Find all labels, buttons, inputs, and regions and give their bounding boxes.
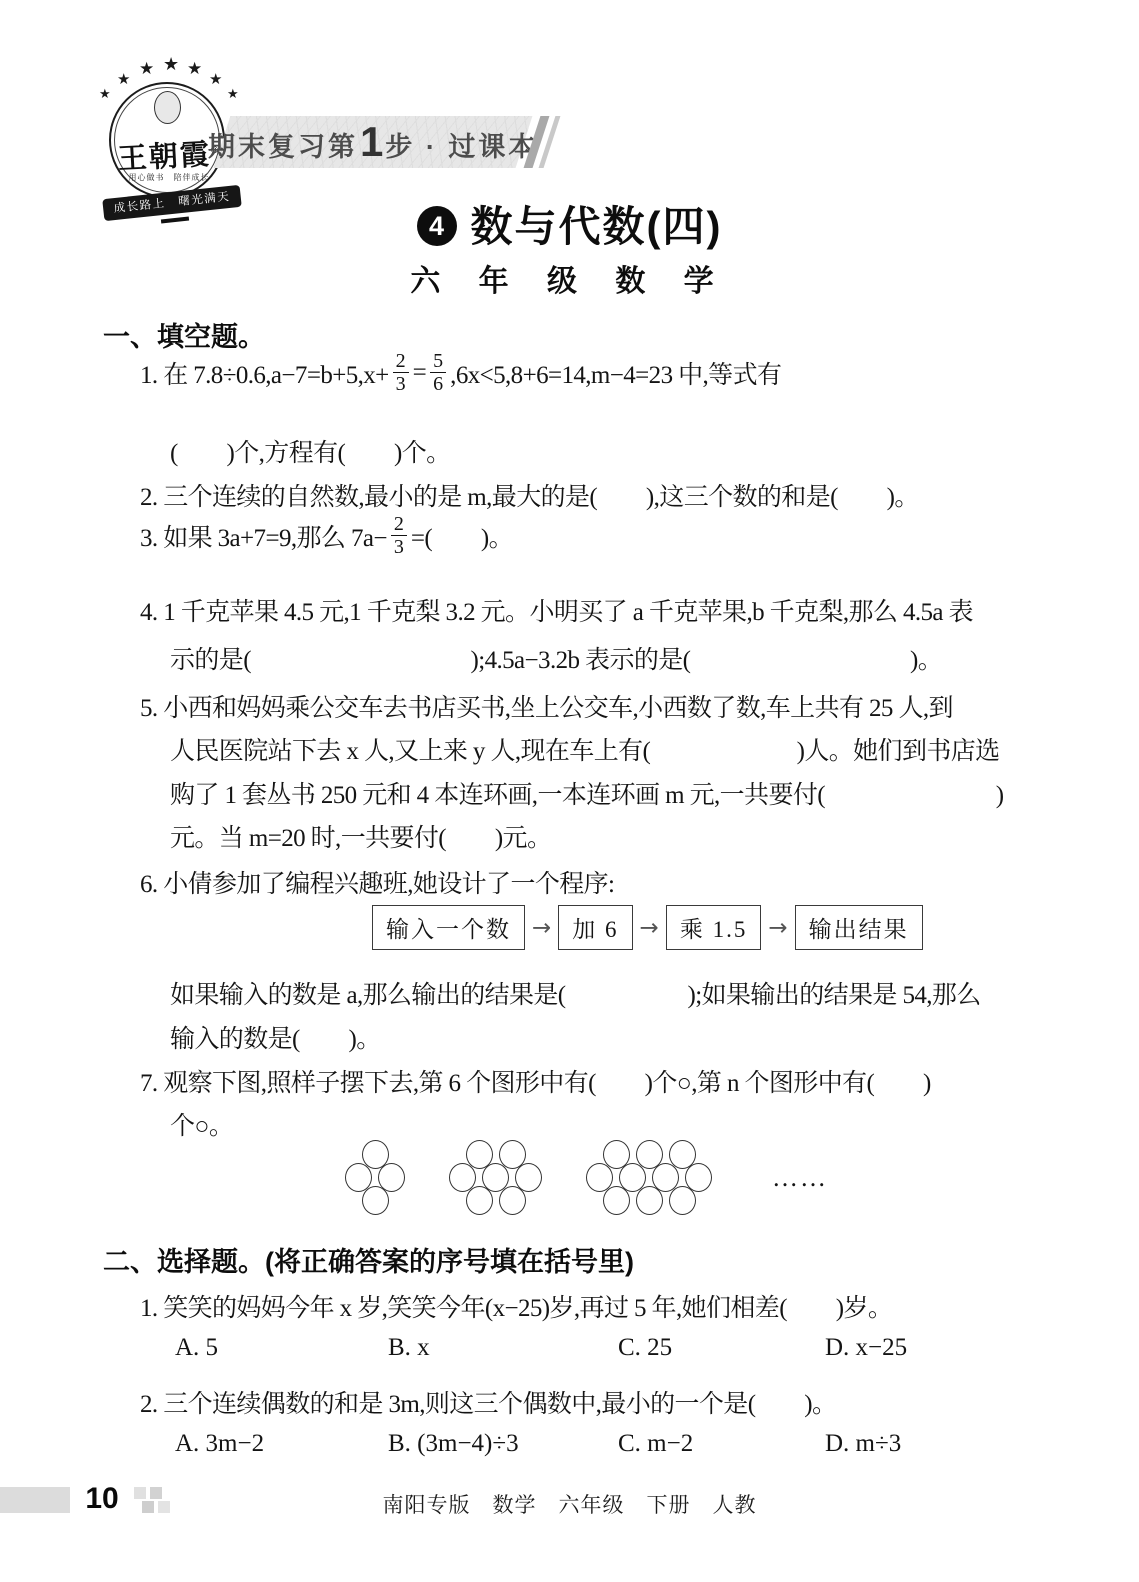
s2-q2-option-b: B. (3m−4)÷3 — [388, 1430, 519, 1458]
circle-glyph — [466, 1186, 493, 1215]
circle-pattern-figure: …… — [345, 1140, 828, 1215]
page-subtitle: 六 年 级 数 学 — [0, 256, 1139, 300]
footer-imprint: 南阳专版 数学 六年级 下册 人教 — [0, 1489, 1139, 1519]
s2-q2-line: 2. 三个连续偶数的和是 3m,则这三个偶数中,最小的一个是( )。 — [140, 1384, 836, 1420]
s2-q1-line: 1. 笑笑的妈妈今年 x 岁,笑笑今年(x−25)岁,再过 5 年,她们相差( … — [140, 1288, 892, 1324]
pattern-ellipsis: …… — [772, 1163, 828, 1193]
circle-glyph — [636, 1186, 663, 1215]
brand-name: 王朝霞® — [116, 131, 222, 177]
pattern-figure-1 — [345, 1140, 405, 1215]
q1-line1: 1. 在 7.8÷0.6,a−7=b+5,x+ 23 = 56 ,6x<5,8+… — [140, 350, 781, 395]
header-banner: 期末复习第1步 · 过课本 — [214, 116, 533, 168]
arrow-right-icon: → — [768, 915, 787, 941]
section2-heading: 二、选择题。(将正确答案的序号填在括号里) — [103, 1240, 634, 1279]
arrow-right-icon: → — [640, 915, 659, 941]
circle-row — [466, 1186, 526, 1215]
s2-q1-option-b: B. x — [388, 1334, 430, 1362]
flow-box-multiply: 乘 1.5 — [666, 905, 762, 950]
pattern-figure-2 — [449, 1140, 542, 1215]
s2-q2-option-a: A. 3m−2 — [175, 1430, 264, 1458]
q7-line2: 个○。 — [170, 1106, 233, 1142]
q6-line3: 输入的数是( )。 — [170, 1019, 381, 1055]
q4-line2: 示的是( );4.5a−3.2b 表示的是( )。 — [170, 640, 942, 676]
star-icon: ★ — [209, 72, 222, 87]
q5-line4: 元。当 m=20 时,一共要付( )元。 — [170, 818, 551, 854]
fraction: 23 — [393, 350, 409, 395]
q5-line1: 5. 小西和妈妈乘公交车去书店买书,坐上公交车,小西数了数,车上共有 25 人,… — [140, 688, 953, 724]
program-flowchart: 输入一个数 → 加 6 → 乘 1.5 → 输出结果 — [372, 905, 923, 950]
s2-q2-option-d: D. m÷3 — [825, 1430, 901, 1458]
circle-row — [603, 1186, 696, 1215]
q4-line1: 4. 1 千克苹果 4.5 元,1 千克梨 3.2 元。小明买了 a 千克苹果,… — [140, 592, 973, 628]
q2-line: 2. 三个连续的自然数,最小的是 m,最大的是( ),这三个数的和是( )。 — [140, 477, 919, 513]
circle-glyph — [603, 1186, 630, 1215]
portrait-icon — [154, 91, 181, 124]
star-icon: ★ — [99, 88, 111, 101]
s2-q1-option-a: A. 5 — [175, 1334, 218, 1362]
flow-box-input: 输入一个数 — [372, 905, 525, 950]
section1-heading: 一、填空题。 — [103, 315, 265, 354]
circle-glyph — [362, 1186, 389, 1215]
pattern-figure-3 — [586, 1140, 712, 1215]
flow-box-output: 输出结果 — [795, 905, 923, 950]
star-icon: ★ — [117, 72, 130, 87]
star-icon: ★ — [163, 56, 179, 74]
page-title: 4数与代数(四) — [0, 194, 1139, 254]
logo-tagline: 用心做书 陪伴成长 — [121, 172, 217, 183]
star-icon: ★ — [139, 61, 154, 78]
q5-line3: 购了 1 套丛书 250 元和 4 本连环画,一本连环画 m 元,一共要付( ) — [170, 775, 1004, 811]
worksheet-page: ★ ★ ★ ★ ★ ★ ★ 王朝霞® 用心做书 陪伴成长 成长路上 曙光满天 期… — [0, 0, 1139, 1582]
circle-row — [362, 1186, 389, 1215]
s2-q1-option-d: D. x−25 — [825, 1334, 907, 1362]
banner-text: 期末复习第1步 · 过课本 — [208, 118, 538, 166]
flow-box-add: 加 6 — [558, 905, 632, 950]
star-icon: ★ — [227, 88, 239, 101]
q6-line2: 如果输入的数是 a,那么输出的结果是( );如果输出的结果是 54,那么 — [170, 975, 981, 1011]
circle-glyph — [499, 1186, 526, 1215]
s2-q1-option-c: C. 25 — [618, 1334, 672, 1362]
fraction: 56 — [430, 350, 446, 395]
fraction: 23 — [391, 513, 407, 558]
circle-glyph — [669, 1186, 696, 1215]
star-icon: ★ — [187, 61, 202, 78]
q6-line1: 6. 小倩参加了编程兴趣班,她设计了一个程序: — [140, 864, 614, 900]
q7-line1: 7. 观察下图,照样子摆下去,第 6 个图形中有( )个○,第 n 个图形中有(… — [140, 1063, 931, 1099]
unit-number-badge: 4 — [417, 206, 457, 246]
q3-line: 3. 如果 3a+7=9,那么 7a− 23 =( )。 — [140, 513, 513, 558]
banner-step-number: 1 — [358, 118, 385, 165]
s2-q2-option-c: C. m−2 — [618, 1430, 693, 1458]
q1-line2: ( )个,方程有( )个。 — [170, 433, 451, 469]
arrow-right-icon: → — [532, 915, 551, 941]
q5-line2: 人民医院站下去 x 人,又上来 y 人,现在车上有( )人。她们到书店选 — [170, 731, 1000, 767]
